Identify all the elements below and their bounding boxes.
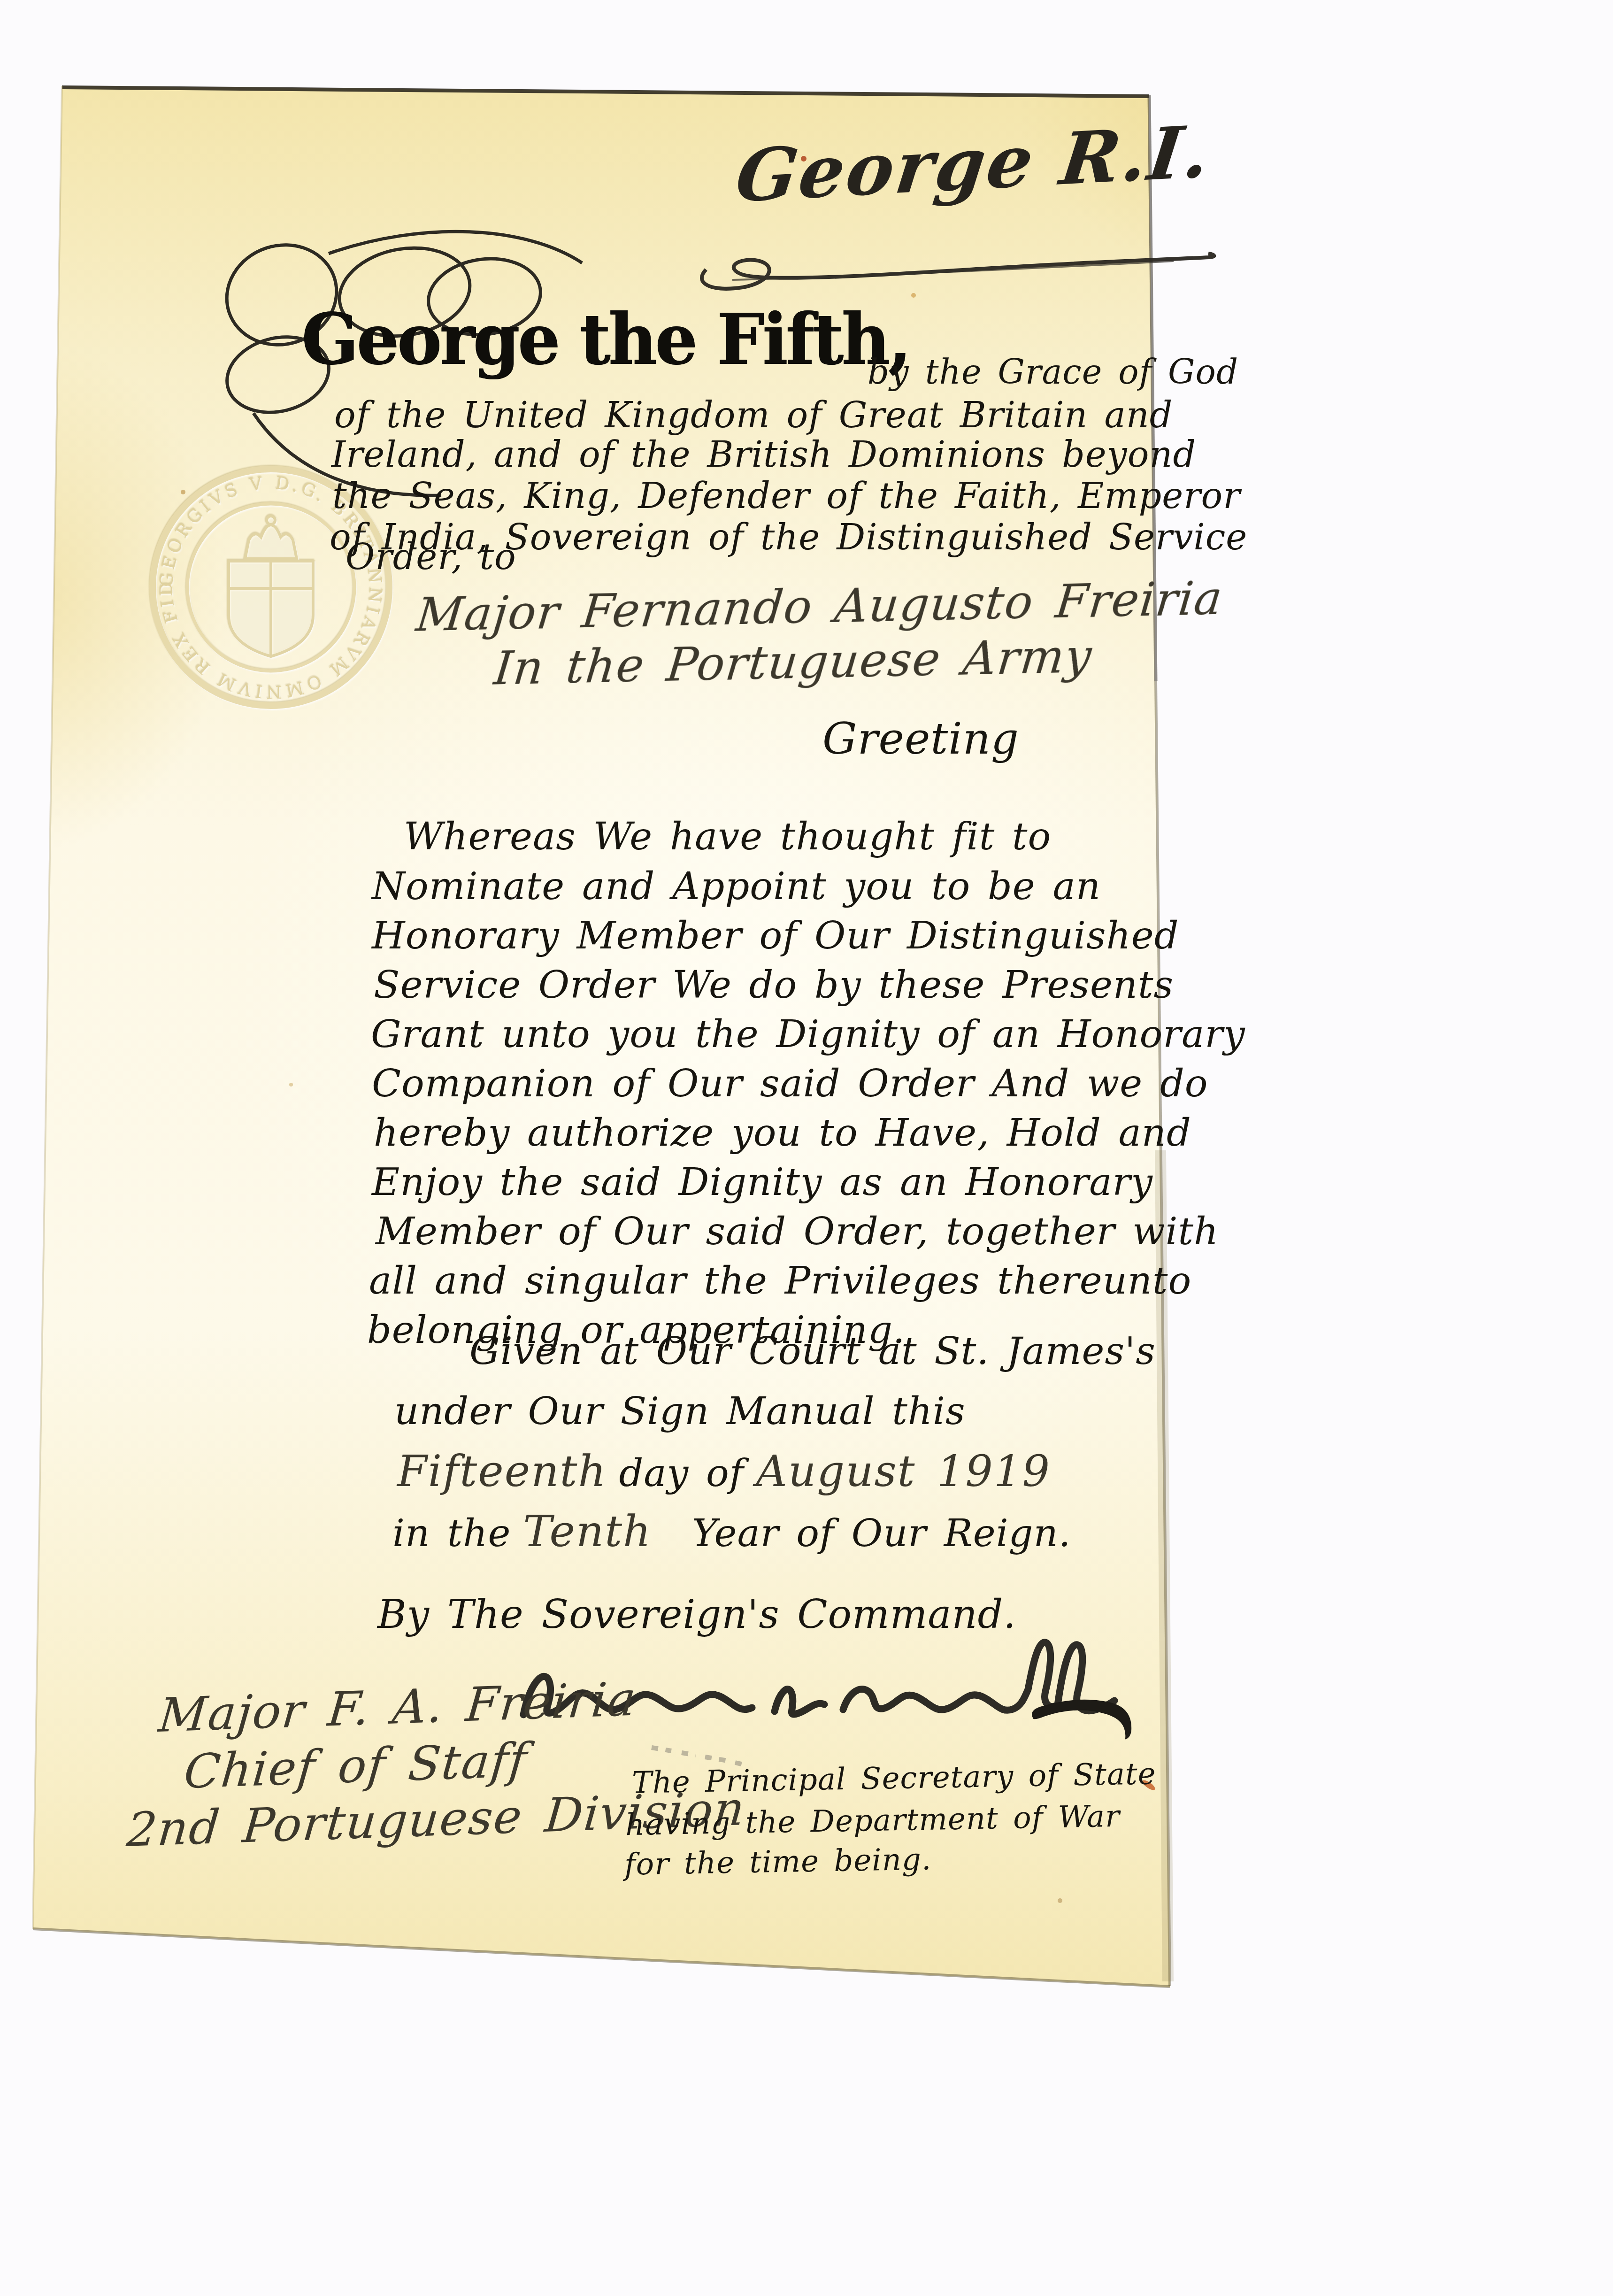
given-dayof-engraved: day of bbox=[619, 1451, 744, 1495]
annotation-line-2: Chief of Staff bbox=[182, 1737, 530, 1795]
scanned-document: GEORGIVS V D.G. BRITANNIARVM OMNIVM REX … bbox=[0, 0, 1613, 2296]
body-line-8: Enjoy the said Dignity as an Honorary bbox=[372, 1163, 1153, 1202]
body-line-10: all and singular the Privileges thereunt… bbox=[369, 1262, 1191, 1300]
secretary-line-1: The Principal Secretary of State bbox=[632, 1759, 1157, 1798]
given-inthe-engraved: in the bbox=[392, 1511, 511, 1556]
body-line-4: Service Order We do by these Presents bbox=[374, 966, 1174, 1004]
preamble-line-5: Order, to bbox=[346, 539, 516, 575]
given-line-3: Fifteenth day of August 1919 bbox=[397, 1450, 1051, 1493]
body-line-5: Grant unto you the Dignity of an Honorar… bbox=[371, 1016, 1245, 1054]
body-line-9: Member of Our said Order, together with bbox=[376, 1213, 1219, 1251]
given-line-4: in the Tenth Year of Our Reign. bbox=[392, 1510, 1071, 1553]
body-line-2: Nominate and Appoint you to be an bbox=[372, 868, 1101, 906]
secretary-line-3: for the time being. bbox=[624, 1844, 931, 1880]
preamble-line-3: the Seas, King, Defender of the Faith, E… bbox=[332, 478, 1241, 514]
preamble-line-1: of the United Kingdom of Great Britain a… bbox=[334, 397, 1173, 433]
secretary-line-2: having the Department of War bbox=[625, 1802, 1121, 1840]
given-day-handwritten: Fifteenth bbox=[397, 1446, 607, 1496]
body-line-7: hereby authorize you to Have, Hold and bbox=[374, 1114, 1191, 1152]
body-line-1: Whereas We have thought fit to bbox=[404, 818, 1051, 856]
grace-line: by the Grace of God bbox=[868, 355, 1238, 389]
given-line-1: Given at Our Court at St. James's bbox=[469, 1333, 1156, 1371]
given-reign-engraved: Year of Our Reign. bbox=[692, 1511, 1071, 1556]
recipient-unit: In the Portuguese Army bbox=[492, 633, 1094, 692]
given-line-2: under Our Sign Manual this bbox=[394, 1393, 966, 1431]
command-line: By The Sovereign's Command. bbox=[377, 1595, 1016, 1634]
given-year-handwritten: Tenth bbox=[523, 1506, 652, 1556]
greeting-line: Greeting bbox=[822, 717, 1019, 761]
body-line-3: Honorary Member of Our Distinguished bbox=[372, 917, 1179, 955]
body-line-6: Companion of Our said Order And we do bbox=[372, 1065, 1208, 1103]
preamble-line-2: Ireland, and of the British Dominions be… bbox=[331, 437, 1196, 472]
given-date-handwritten: August 1919 bbox=[756, 1446, 1051, 1496]
document-title: George the Fifth, bbox=[301, 304, 909, 375]
